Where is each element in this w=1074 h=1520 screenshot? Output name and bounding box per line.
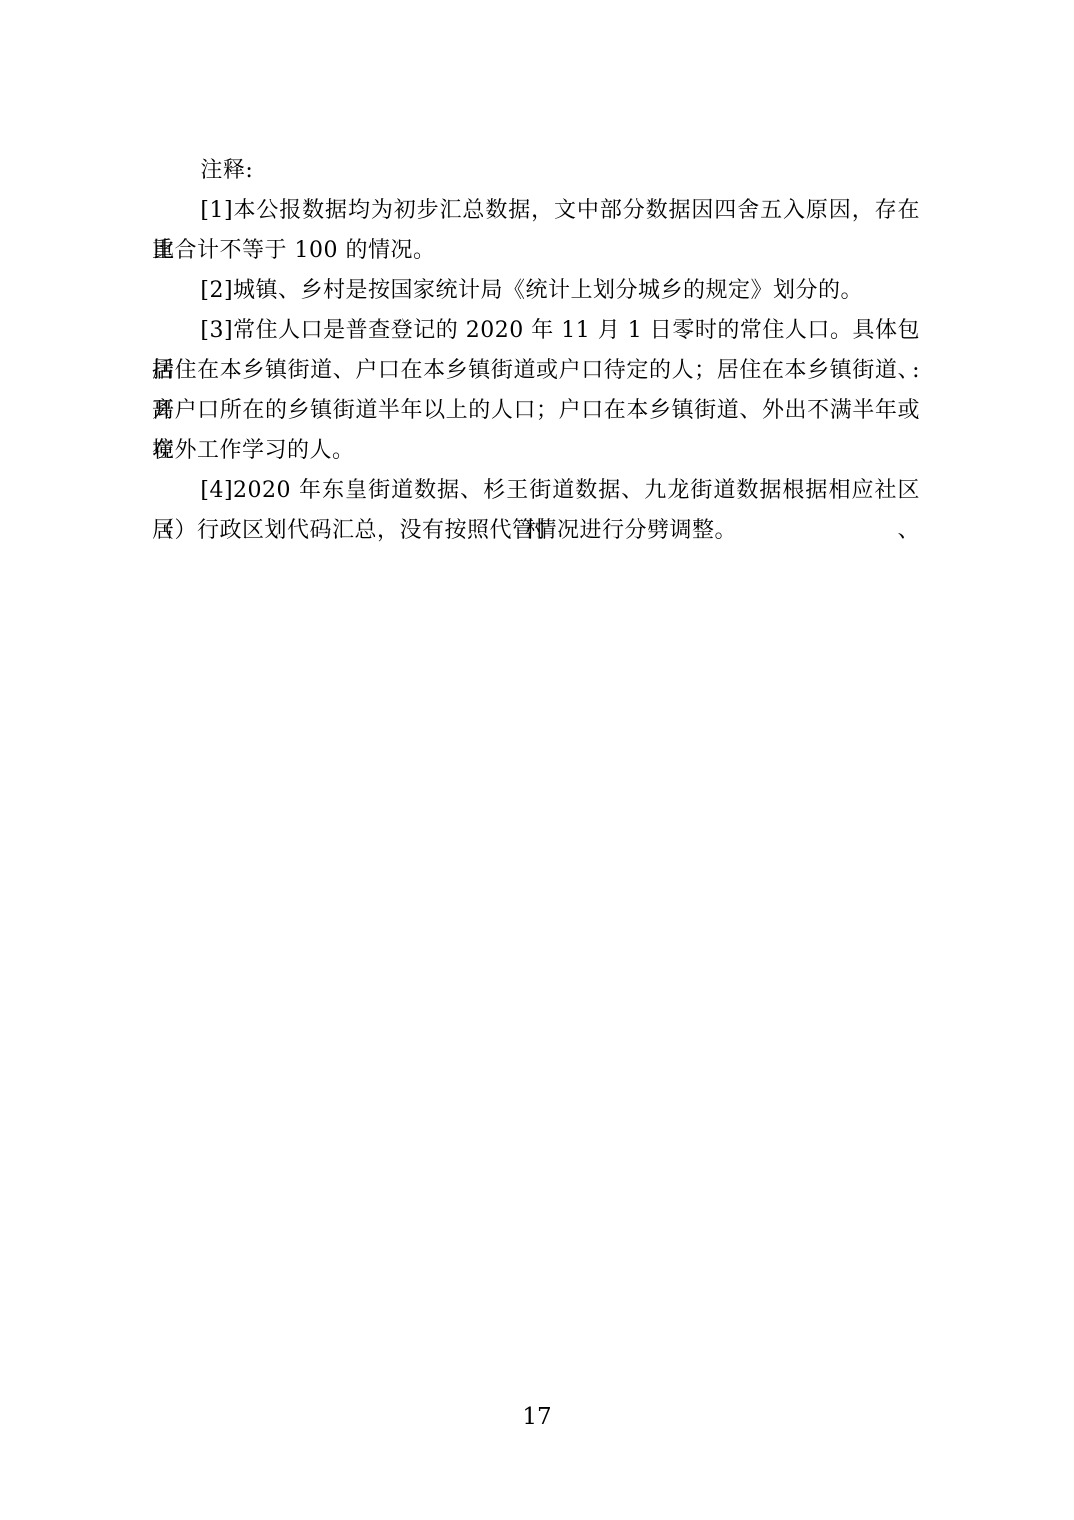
notes-section: 注释: [1]本公报数据均为初步汇总数据，文中部分数据因四舍五入原因，存在比 重… (152, 151, 920, 551)
page-number: 17 (0, 1400, 1074, 1434)
note-1-line-2: 重合计不等于 100 的情况。 (152, 231, 920, 271)
note-3-line-3: 开户口所在的乡镇街道半年以上的人口；户口在本乡镇街道、外出不满半年或在 (152, 391, 920, 431)
notes-heading: 注释: (152, 151, 920, 191)
note-3-line-4: 境外工作学习的人。 (152, 431, 920, 471)
note-1-line-1: [1]本公报数据均为初步汇总数据，文中部分数据因四舍五入原因，存在比 (152, 191, 920, 231)
note-4-line-1: [4]2020 年东皇街道数据、杉王街道数据、九龙街道数据根据相应社区（村、 (152, 471, 920, 511)
note-2-line-1: [2]城镇、乡村是按国家统计局《统计上划分城乡的规定》划分的。 (152, 271, 920, 311)
note-3-line-2: 居住在本乡镇街道、户口在本乡镇街道或户口待定的人；居住在本乡镇街道、离 (152, 351, 920, 391)
document-page: 注释: [1]本公报数据均为初步汇总数据，文中部分数据因四舍五入原因，存在比 重… (0, 0, 1074, 1520)
note-3-line-1: [3]常住人口是普查登记的 2020 年 11 月 1 日零时的常住人口。具体包… (152, 311, 920, 351)
